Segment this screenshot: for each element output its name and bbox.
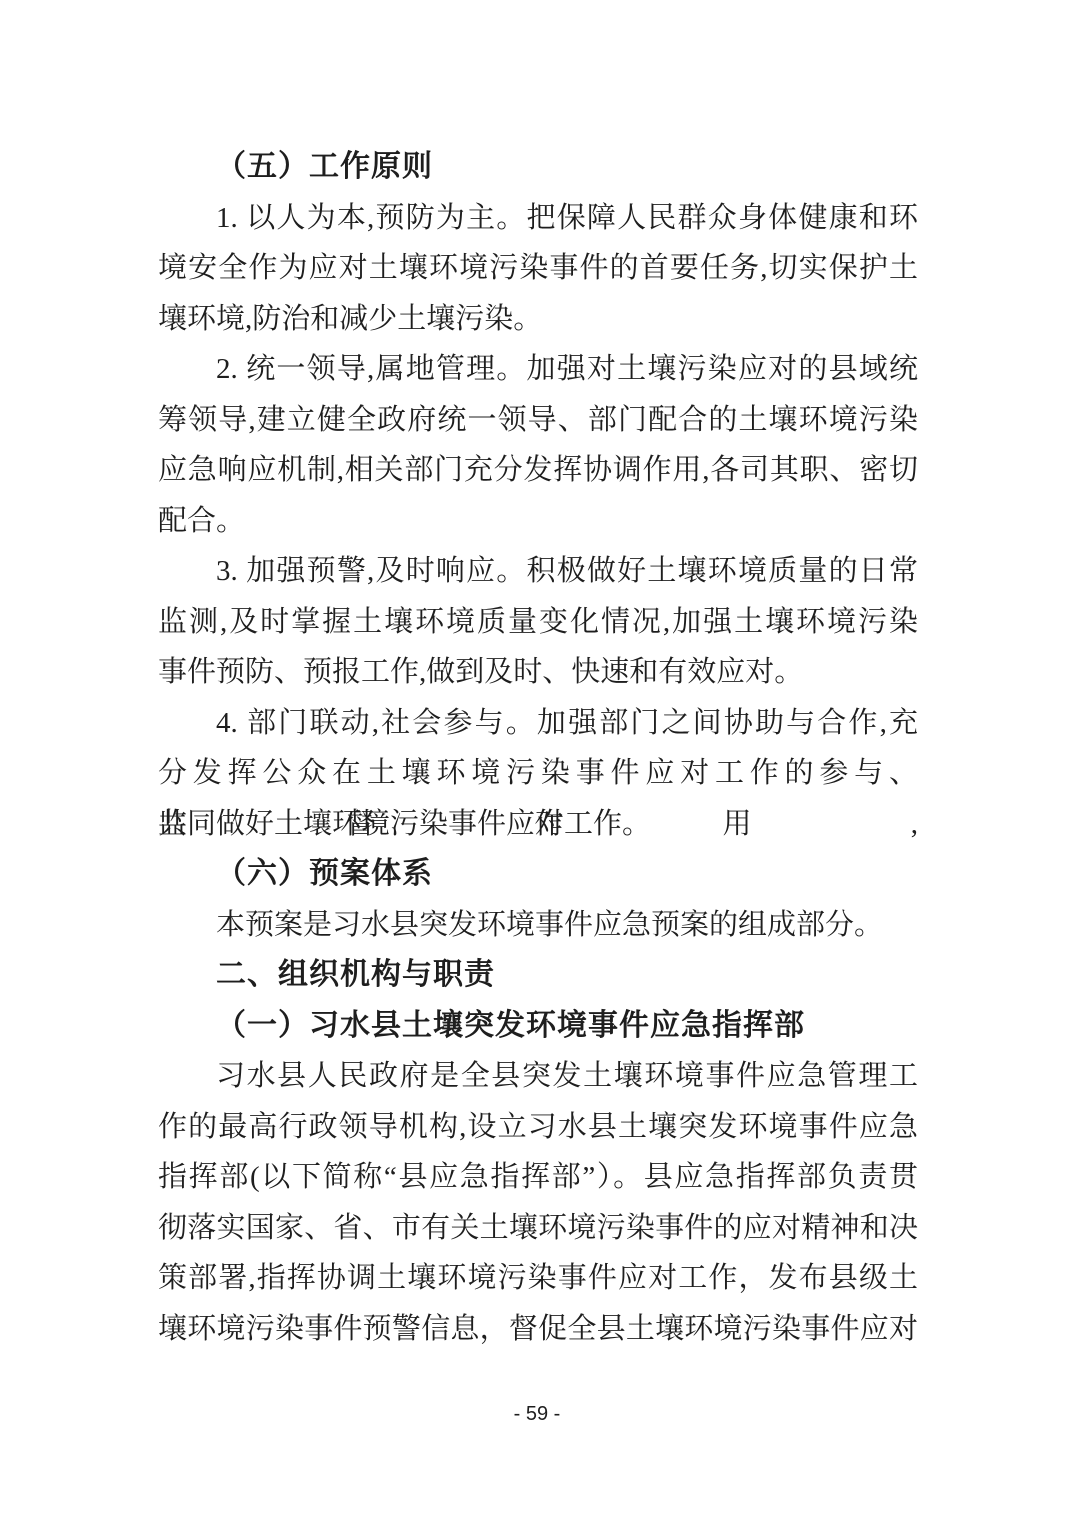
paragraph-line: 境安全作为应对土壤环境污染事件的首要任务,切实保护土 [158,243,918,294]
paragraph-line: 事件预防、预报工作,做到及时、快速和有效应对。 [158,647,918,698]
paragraph-line: 壤环境,防治和减少土壤污染。 [158,294,918,345]
paragraph-line: 筹领导,建立健全政府统一领导、部门配合的土壤环境污染 [158,395,918,446]
heading-chapter-2-organization: 二、组织机构与职责 [158,950,918,1001]
paragraph-line: 策部署,指挥协调土壤环境污染事件应对工作，发布县级土 [158,1253,918,1304]
paragraph-line: 本预案是习水县突发环境事件应急预案的组成部分。 [158,900,918,951]
paragraph-line: 4. 部门联动,社会参与。加强部门之间协助与合作,充 [158,698,918,749]
document-page: （五）工作原则 1. 以人为本,预防为主。把保障人民群众身体健康和环 境安全作为… [0,0,1074,1520]
text-block: （五）工作原则 1. 以人为本,预防为主。把保障人民群众身体健康和环 境安全作为… [158,142,918,1354]
paragraph-line: 应急响应机制,相关部门充分发挥协调作用,各司其职、密切 [158,445,918,496]
heading-section-5-work-principles: （五）工作原则 [158,142,918,193]
page-number: - 59 - [0,1403,1074,1426]
paragraph-line: 指挥部(以下简称“县应急指挥部”）。县应急指挥部负责贯 [158,1152,918,1203]
paragraph-line: 彻落实国家、省、市有关土壤环境污染事件的应对精神和决 [158,1203,918,1254]
heading-section-1-command-center: （一）习水县土壤突发环境事件应急指挥部 [158,1001,918,1052]
paragraph-line: 壤环境污染事件预警信息，督促全县土壤环境污染事件应对 [158,1304,918,1355]
paragraph-line: 作的最高行政领导机构,设立习水县土壤突发环境事件应急 [158,1102,918,1153]
heading-section-6-plan-system: （六）预案体系 [158,849,918,900]
paragraph-line: 分发挥公众在土壤环境污染事件应对工作的参与、监督作用, [158,748,918,799]
paragraph-line: 1. 以人为本,预防为主。把保障人民群众身体健康和环 [158,193,918,244]
paragraph-line: 监测,及时掌握土壤环境质量变化情况,加强土壤环境污染 [158,597,918,648]
paragraph-line: 2. 统一领导,属地管理。加强对土壤污染应对的县域统 [158,344,918,395]
paragraph-line: 3. 加强预警,及时响应。积极做好土壤环境质量的日常 [158,546,918,597]
paragraph-line: 配合。 [158,496,918,547]
paragraph-line: 习水县人民政府是全县突发土壤环境事件应急管理工 [158,1051,918,1102]
